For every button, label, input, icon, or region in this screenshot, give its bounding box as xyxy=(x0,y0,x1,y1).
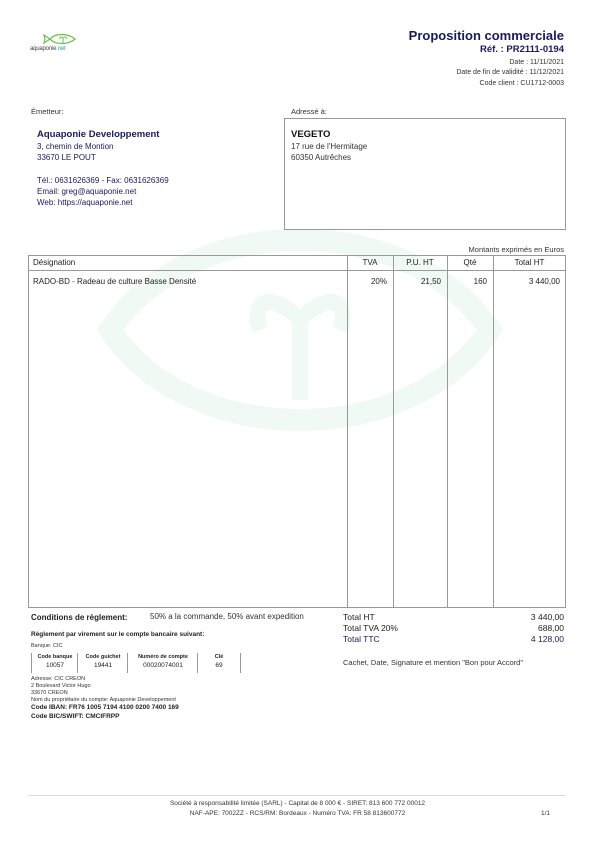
sender-label: Émetteur: xyxy=(31,107,64,116)
page-number: 1/1 xyxy=(541,810,550,817)
key-header: Clé xyxy=(198,653,240,661)
total-tva-value: 688,00 xyxy=(538,623,564,633)
recipient-label: Adressé à: xyxy=(291,107,327,116)
bank-address-3: 33670 CREON xyxy=(31,690,68,696)
lines-table: Désignation TVA P.U. HT Qté Total HT RAD… xyxy=(28,255,566,608)
document-reference: Réf. : PR2111-0194 xyxy=(480,44,564,55)
sender-name: Aquaponie Developpement xyxy=(37,129,159,140)
key-value: 69 xyxy=(198,661,240,671)
col-divider xyxy=(393,256,394,607)
col-divider xyxy=(447,256,448,607)
sender-address-1: 3, chemin de Montion xyxy=(37,141,114,152)
sender-address-2: 33670 LE POUT xyxy=(37,152,96,163)
header-pu-ht: P.U. HT xyxy=(393,258,447,267)
recipient-name: VEGETO xyxy=(291,129,330,140)
recipient-address-2: 60350 Autrêches xyxy=(291,152,351,163)
bank-transfer-title: Règlement par virement sur le compte ban… xyxy=(31,631,204,638)
header-tva: TVA xyxy=(347,258,393,267)
total-ht-value: 3 440,00 xyxy=(531,612,564,622)
footer-legal-1: Société à responsabilité limitée (SARL) … xyxy=(0,800,595,807)
document-date: Date : 11/11/2021 xyxy=(509,59,564,66)
recipient-address-1: 17 rue de l'Hermitage xyxy=(291,141,367,152)
bank-code-header: Code banque xyxy=(32,653,78,661)
payment-conditions-value: 50% a la commande, 50% avant expedition xyxy=(150,612,304,621)
total-ht-label: Total HT xyxy=(343,612,375,622)
branch-code-cell: Code guichet 19441 xyxy=(77,653,128,673)
currency-note: Montants exprimés en Euros xyxy=(469,245,564,254)
account-number-value: 00020074001 xyxy=(128,661,198,671)
key-cell: Clé 69 xyxy=(197,653,241,673)
client-code: Code client : CU1712-0003 xyxy=(480,80,564,87)
account-number-header: Numéro de compte xyxy=(128,653,198,661)
footer-divider xyxy=(28,795,566,796)
branch-code-value: 19441 xyxy=(78,661,128,671)
bic-code: Code BIC/SWIFT: CMCIFRPP xyxy=(31,713,119,720)
bank-code-cell: Code banque 10057 xyxy=(31,653,78,673)
col-divider xyxy=(493,256,494,607)
bank-address-2: 2 Boulevard Victor Hugo xyxy=(31,683,91,689)
signature-note: Cachet, Date, Signature et mention "Bon … xyxy=(343,658,523,667)
branch-code-header: Code guichet xyxy=(78,653,128,661)
row-tva: 20% xyxy=(347,277,387,286)
bank-name: Banque: CIC xyxy=(31,643,63,649)
document-title: Proposition commerciale xyxy=(409,28,564,43)
bank-code-value: 10057 xyxy=(32,661,78,671)
account-number-cell: Numéro de compte 00020074001 xyxy=(127,653,198,673)
col-divider xyxy=(347,256,348,607)
row-designation: RADO-BD - Radeau de culture Basse Densit… xyxy=(33,277,196,286)
account-owner: Nom du propriétaire du compte: Aquaponie… xyxy=(31,697,176,703)
total-ttc-label: Total TTC xyxy=(343,634,380,644)
row-pu-ht: 21,50 xyxy=(393,277,441,286)
header-qty: Qté xyxy=(447,258,493,267)
company-logo: aquaponie.net xyxy=(30,32,90,54)
validity-date: Date de fin de validité : 11/12/2021 xyxy=(456,69,564,76)
payment-conditions-label: Conditions de règlement: xyxy=(31,613,127,622)
sender-email: Email: greg@aquaponie.net xyxy=(37,186,136,197)
fish-sprout-icon xyxy=(42,32,78,46)
row-qty: 160 xyxy=(447,277,487,286)
logo-wordmark: aquaponie.net xyxy=(30,46,65,52)
sender-web: Web: https://aquaponie.net xyxy=(37,197,132,208)
sender-phone: Tél.: 0631626369 - Fax: 0631626369 xyxy=(37,175,169,186)
header-total-ht: Total HT xyxy=(493,258,566,267)
row-total-ht: 3 440,00 xyxy=(493,277,560,286)
total-ttc-value: 4 128,00 xyxy=(531,634,564,644)
total-tva-label: Total TVA 20% xyxy=(343,623,398,633)
header-designation: Désignation xyxy=(33,258,75,267)
bank-address-1: Adresse: CIC CREON xyxy=(31,676,85,682)
iban-code: Code IBAN: FR76 1005 7194 4100 0200 7400… xyxy=(31,704,179,711)
footer-legal-2: NAF-APE: 7002ZZ - RCS/RM: Bordeaux - Num… xyxy=(0,810,595,817)
